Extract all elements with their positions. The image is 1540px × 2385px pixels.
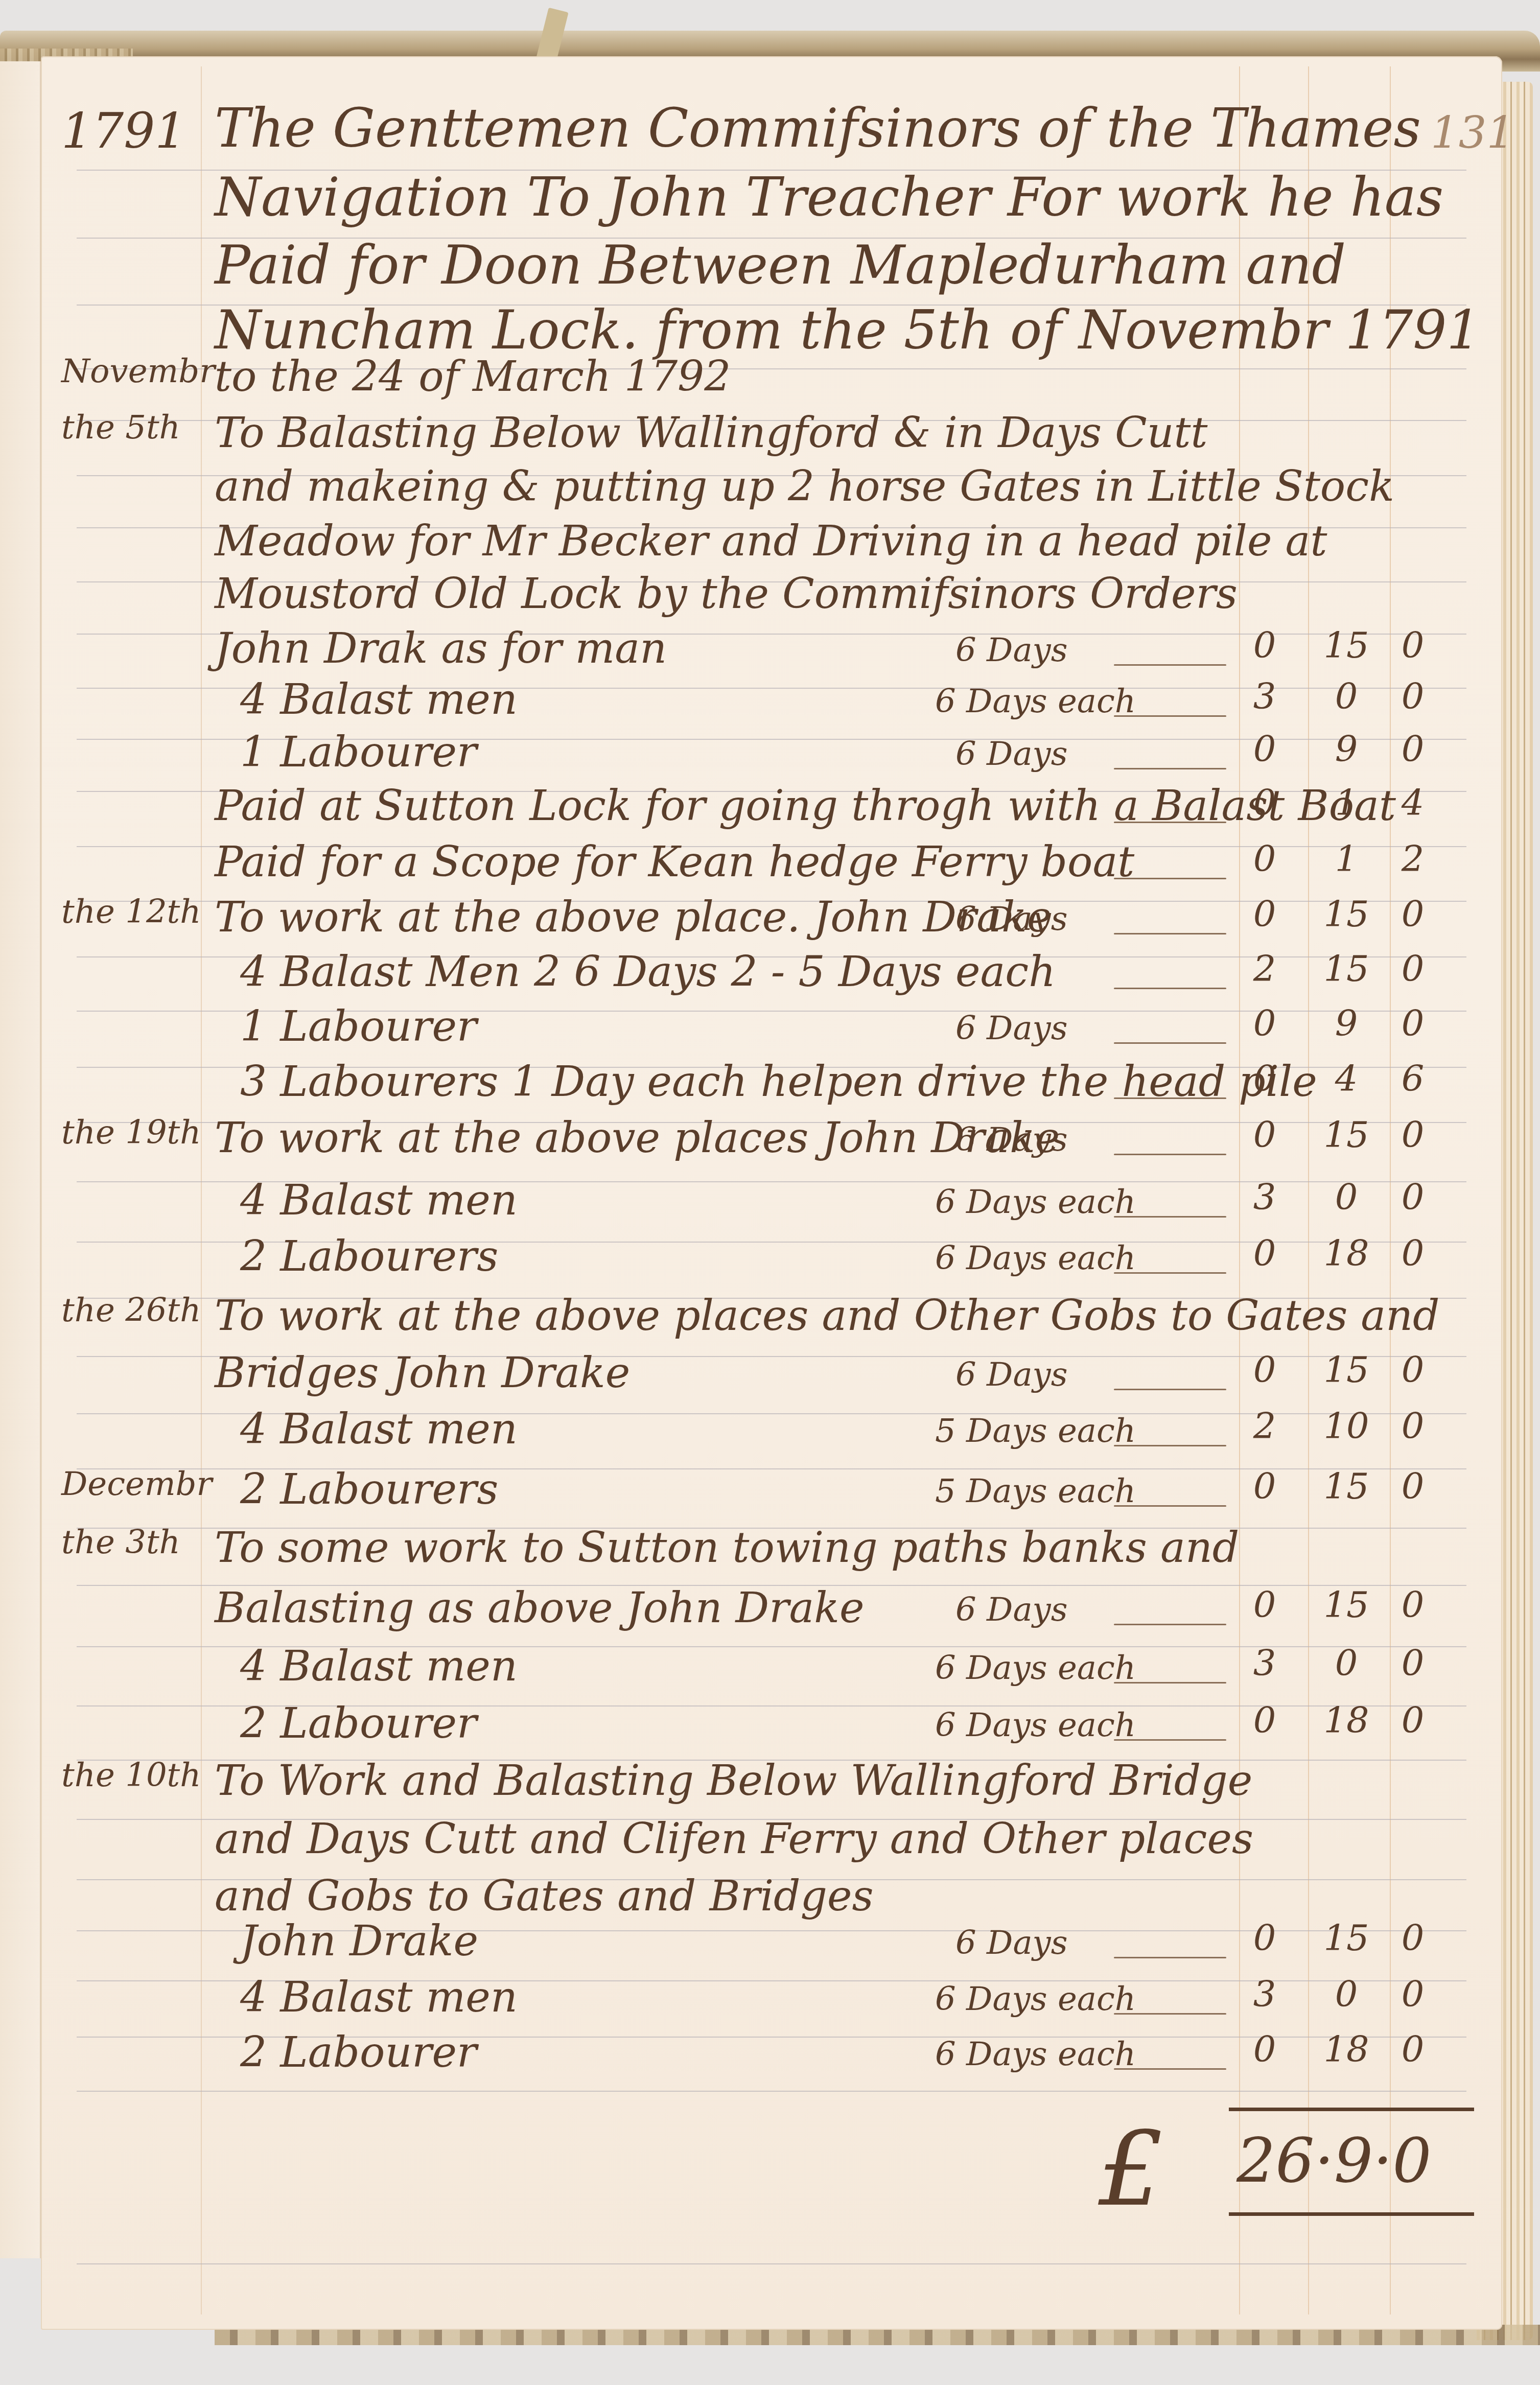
pence-value: 0 (1390, 1584, 1436, 1626)
entry-date: the 10th (61, 1757, 201, 1794)
entry-days: 6 Days (955, 900, 1068, 938)
ledger-row: 2 Labourers6 Days each0180 (0, 1232, 1540, 1289)
entry-days: 6 Days each (935, 1183, 1136, 1221)
title-line-2: Navigation To John Treacher For work he … (215, 166, 1443, 228)
ledger-row: the 12thTo work at the above place. John… (0, 893, 1540, 949)
entry-date: the 3th (61, 1524, 180, 1561)
leader-dash (1114, 1739, 1226, 1741)
title-line-1: The Genttemen Commifsinors of the Thames (215, 97, 1421, 159)
entry-description: 1 Labourer (240, 1002, 477, 1051)
leader-dash (1114, 1272, 1226, 1274)
leader-dash (1114, 1505, 1226, 1507)
pence-value: 0 (1390, 1465, 1436, 1507)
shillings-value: 4 (1318, 1058, 1374, 1100)
shillings-value: 15 (1318, 948, 1374, 990)
shillings-value: 0 (1318, 1642, 1374, 1684)
ledger-row: 2 Labourer6 Days each0180 (0, 1699, 1540, 1756)
entry-description: Bridges John Drake (215, 1349, 630, 1397)
ledger-row: the 3thTo some work to Sutton towing pat… (0, 1524, 1540, 1580)
pence-value: 0 (1390, 893, 1436, 935)
entry-description: to the 24 of March 1792 (215, 353, 731, 401)
pence-value: 0 (1390, 1349, 1436, 1391)
entry-description: To some work to Sutton towing paths bank… (215, 1524, 1239, 1572)
entry-description: Moustord Old Lock by the Commifsinors Or… (215, 570, 1238, 618)
pound-sign: £ (1099, 2110, 1163, 2229)
entry-description: 4 Balast men (240, 1176, 518, 1225)
pence-value: 0 (1390, 675, 1436, 717)
leader-dash (1114, 1216, 1226, 1218)
pence-value: 0 (1390, 1114, 1436, 1156)
pence-value: 0 (1390, 1917, 1436, 1959)
pence-value: 0 (1390, 1232, 1436, 1274)
pence-value: 0 (1390, 1699, 1436, 1741)
folio-number: 131 (1431, 107, 1514, 158)
leader-dash (1114, 2068, 1226, 2070)
entry-days: 5 Days each (935, 1472, 1136, 1510)
entry-description: and Days Cutt and Clifen Ferry and Other… (215, 1815, 1253, 1863)
pounds-value: 0 (1242, 728, 1288, 770)
ledger-row: 4 Balast Men 2 6 Days 2 - 5 Days each215… (0, 948, 1540, 1004)
entry-description: and Gobs to Gates and Bridges (215, 1872, 874, 1921)
pounds-value: 0 (1242, 1699, 1288, 1741)
pounds-value: 3 (1242, 675, 1288, 717)
pence-value: 0 (1390, 1002, 1436, 1044)
entry-date: the 12th (61, 893, 201, 931)
entry-days: 6 Days each (935, 1240, 1136, 1277)
pounds-value: 0 (1242, 1002, 1288, 1044)
ledger-row: and makeing & putting up 2 horse Gates i… (0, 462, 1540, 519)
entry-description: 2 Labourers (240, 1232, 498, 1281)
pounds-value: 0 (1242, 1465, 1288, 1507)
shillings-value: 15 (1318, 1584, 1374, 1626)
ledger-row: 1 Labourer6 Days090 (0, 1002, 1540, 1059)
pounds-value: 0 (1242, 1349, 1288, 1391)
ledger-row: 4 Balast men6 Days each300 (0, 1642, 1540, 1698)
entry-description: Paid for a Scope for Kean hedge Ferry bo… (215, 838, 1134, 886)
ledger-year: 1791 (61, 102, 186, 159)
pence-value: 0 (1390, 1642, 1436, 1684)
entry-days: 6 Days each (935, 1649, 1136, 1687)
shillings-value: 15 (1318, 624, 1374, 666)
pence-value: 0 (1390, 624, 1436, 666)
ledger-row: the 10thTo Work and Balasting Below Wall… (0, 1757, 1540, 1813)
title-line-4: Nuncham Lock. from the 5th of Novembr 17… (215, 299, 1481, 361)
pounds-value: 2 (1242, 1405, 1288, 1447)
ledger-row: John Drake6 Days0150 (0, 1917, 1540, 1973)
ledger-row: 4 Balast men6 Days each300 (0, 1973, 1540, 2029)
entry-date: Decembr (61, 1465, 212, 1503)
pence-value: 6 (1390, 1058, 1436, 1100)
leader-dash (1114, 1042, 1226, 1044)
entry-description: 2 Labourers (240, 1465, 498, 1514)
entry-description: John Drak as for man (215, 624, 667, 673)
leader-dash (1114, 1682, 1226, 1683)
shillings-value: 15 (1318, 1349, 1374, 1391)
pence-value: 0 (1390, 948, 1436, 990)
entry-description: 4 Balast men (240, 675, 518, 724)
ruled-line (77, 2263, 1466, 2264)
entry-description: John Drake (240, 1917, 478, 1966)
leader-dash (1114, 933, 1226, 934)
entry-days: 6 Days (955, 632, 1068, 669)
pence-value: 0 (1390, 1405, 1436, 1447)
entry-date: the 5th (61, 409, 180, 447)
pounds-value: 0 (1242, 893, 1288, 935)
ledger-row: Novembrto the 24 of March 1792 (0, 353, 1540, 409)
shillings-value: 10 (1318, 1405, 1374, 1447)
shillings-value: 15 (1318, 1114, 1374, 1156)
total-amount: 26·9·0 (1236, 2125, 1432, 2196)
ledger-row: 1 Labourer6 Days090 (0, 728, 1540, 784)
pounds-value: 0 (1242, 838, 1288, 880)
entry-description: To Balasting Below Wallingford & in Days… (215, 409, 1208, 457)
entry-date: Novembr (61, 353, 215, 390)
entry-description: To work at the above place. John Drake (215, 893, 1052, 942)
pounds-value: 2 (1242, 948, 1288, 990)
shillings-value: 9 (1318, 1002, 1374, 1044)
entry-days: 5 Days each (935, 1412, 1136, 1450)
ledger-row: the 19thTo work at the above places John… (0, 1114, 1540, 1170)
ledger-row: Balasting as above John Drake6 Days0150 (0, 1584, 1540, 1640)
pence-value: 0 (1390, 1176, 1436, 1218)
ledger-row: Paid for a Scope for Kean hedge Ferry bo… (0, 838, 1540, 894)
leader-dash (1114, 1154, 1226, 1155)
entry-description: 2 Labourer (240, 1699, 477, 1748)
entry-days: 6 Days (955, 1010, 1068, 1047)
entry-description: 2 Labourer (240, 2028, 477, 2077)
shillings-value: 1 (1318, 838, 1374, 880)
entry-days: 6 Days (955, 1356, 1068, 1394)
pence-value: 4 (1390, 782, 1436, 824)
ledger-row: the 5thTo Balasting Below Wallingford & … (0, 409, 1540, 465)
entry-days: 6 Days (955, 1591, 1068, 1629)
pence-value: 0 (1390, 2028, 1436, 2070)
ruled-line (77, 2091, 1466, 2092)
leader-dash (1114, 1624, 1226, 1625)
ledger-row: 4 Balast men5 Days each2100 (0, 1405, 1540, 1461)
entry-description: Balasting as above John Drake (215, 1584, 865, 1632)
leader-dash (1114, 988, 1226, 989)
entry-description: 1 Labourer (240, 728, 477, 777)
shillings-value: 18 (1318, 1232, 1374, 1274)
total-bottom-rule (1229, 2212, 1474, 2216)
pounds-value: 0 (1242, 1917, 1288, 1959)
ledger-row: Moustord Old Lock by the Commifsinors Or… (0, 570, 1540, 626)
title-line-3: Paid for Doon Between Mapledurham and (215, 234, 1346, 296)
pounds-value: 0 (1242, 1584, 1288, 1626)
entry-description: and makeing & putting up 2 horse Gates i… (215, 462, 1394, 511)
entry-days: 6 Days each (935, 2036, 1136, 2073)
pounds-value: 0 (1242, 1114, 1288, 1156)
entry-description: 4 Balast men (240, 1405, 518, 1454)
entry-description: 4 Balast Men 2 6 Days 2 - 5 Days each (240, 948, 1056, 996)
ledger-row: Meadow for Mr Becker and Driving in a he… (0, 517, 1540, 573)
pounds-value: 0 (1242, 782, 1288, 824)
ledger-row: 3 Labourers 1 Day each helpen drive the … (0, 1058, 1540, 1114)
leader-dash (1114, 822, 1226, 823)
shillings-value: 15 (1318, 1465, 1374, 1507)
leader-dash (1114, 1445, 1226, 1446)
pence-value: 0 (1390, 728, 1436, 770)
entry-description: 4 Balast men (240, 1642, 518, 1691)
entry-days: 6 Days (955, 1121, 1068, 1159)
leader-dash (1114, 2013, 1226, 2015)
ledger-row: Decembr2 Labourers5 Days each0150 (0, 1465, 1540, 1522)
total-top-rule (1229, 2108, 1474, 2111)
shillings-value: 18 (1318, 1699, 1374, 1741)
pounds-value: 3 (1242, 1642, 1288, 1684)
ledger-row: Bridges John Drake6 Days0150 (0, 1349, 1540, 1405)
pence-value: 2 (1390, 838, 1436, 880)
pounds-value: 0 (1242, 1058, 1288, 1100)
entry-description: To Work and Balasting Below Wallingford … (215, 1757, 1252, 1805)
leader-dash (1114, 1957, 1226, 1958)
entry-description: 4 Balast men (240, 1973, 518, 2022)
ledger-row: the 26thTo work at the above places and … (0, 1292, 1540, 1348)
entry-days: 6 Days (955, 735, 1068, 773)
ledger-row: 4 Balast men6 Days each300 (0, 675, 1540, 732)
ledger-row: 2 Labourer6 Days each0180 (0, 2028, 1540, 2085)
ledger-row: John Drak as for man6 Days0150 (0, 624, 1540, 681)
shillings-value: 9 (1318, 728, 1374, 770)
shillings-value: 15 (1318, 1917, 1374, 1959)
pounds-value: 0 (1242, 624, 1288, 666)
leader-dash (1114, 878, 1226, 879)
shillings-value: 18 (1318, 2028, 1374, 2070)
entry-days: 6 Days each (935, 1706, 1136, 1744)
entry-description: To work at the above places and Other Go… (215, 1292, 1440, 1340)
pounds-value: 0 (1242, 2028, 1288, 2070)
entry-description: To work at the above places John Drake (215, 1114, 1060, 1162)
leader-dash (1114, 1097, 1226, 1099)
leader-dash (1114, 768, 1226, 769)
entry-days: 6 Days each (935, 683, 1136, 720)
leader-dash (1114, 715, 1226, 717)
pounds-value: 3 (1242, 1176, 1288, 1218)
ledger-row: and Days Cutt and Clifen Ferry and Other… (0, 1815, 1540, 1871)
shillings-value: 0 (1318, 1973, 1374, 2015)
pounds-value: 3 (1242, 1973, 1288, 2015)
shillings-value: 0 (1318, 675, 1374, 717)
entry-date: the 19th (61, 1114, 201, 1152)
shillings-value: 0 (1318, 1176, 1374, 1218)
entry-date: the 26th (61, 1292, 201, 1329)
shillings-value: 15 (1318, 893, 1374, 935)
shillings-value: 1 (1318, 782, 1374, 824)
leader-dash (1114, 1389, 1226, 1390)
ledger-row: 4 Balast men6 Days each300 (0, 1176, 1540, 1232)
pounds-value: 0 (1242, 1232, 1288, 1274)
entry-days: 6 Days (955, 1924, 1068, 1962)
pence-value: 0 (1390, 1973, 1436, 2015)
entry-description: Meadow for Mr Becker and Driving in a he… (215, 517, 1327, 566)
leader-dash (1114, 664, 1226, 666)
entry-days: 6 Days each (935, 1980, 1136, 2018)
ledger-row: Paid at Sutton Lock for going throgh wit… (0, 782, 1540, 838)
